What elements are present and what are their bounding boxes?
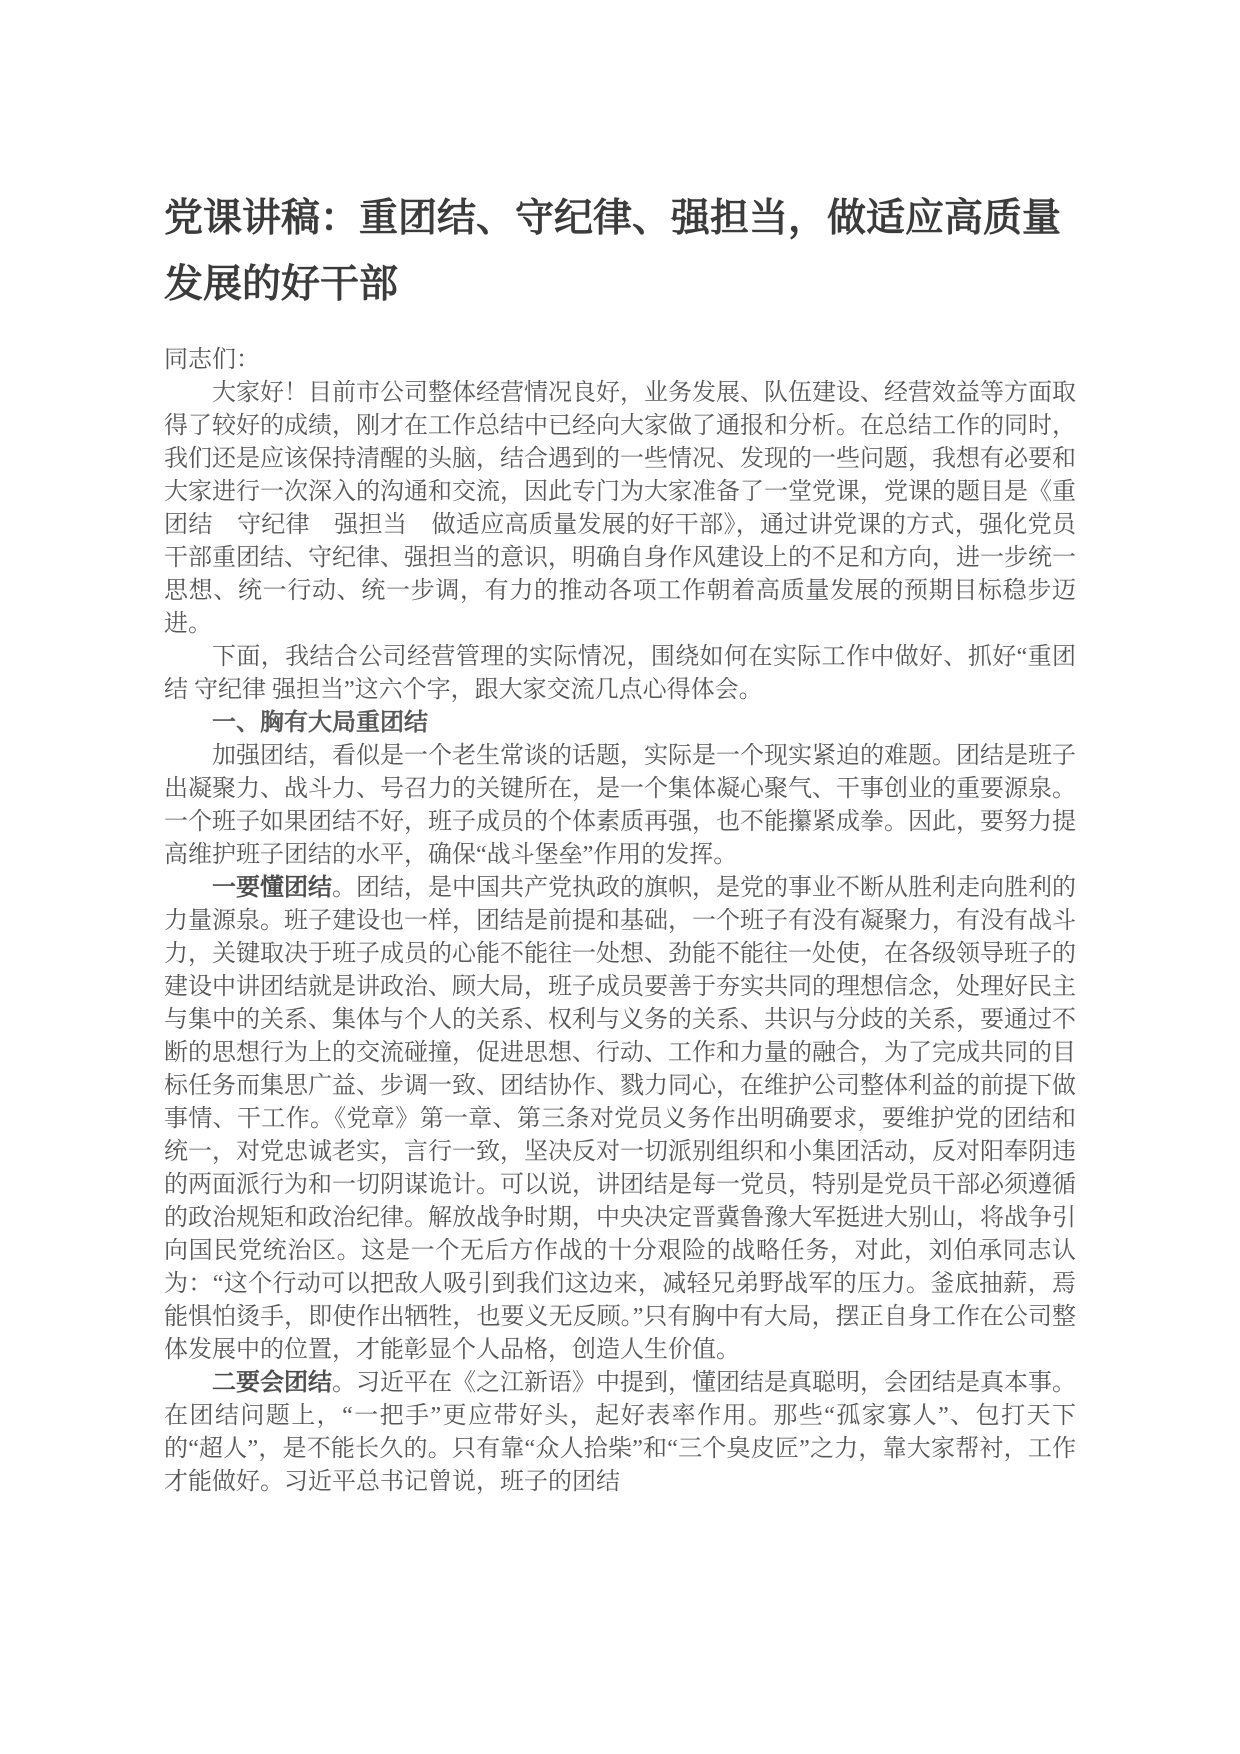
paragraph-section1-intro: 加强团结，看似是一个老生常谈的话题，实际是一个现实紧迫的难题。团结是班子出凝聚力… [164, 740, 1076, 872]
salutation: 同志们： [164, 344, 1076, 377]
document-body: 同志们： 大家好！目前市公司整体经营情况良好，业务发展、队伍建设、经营效益等方面… [164, 344, 1076, 1499]
paragraph-point-2-lead: 二要会团结 [212, 1370, 332, 1396]
paragraph-transition: 下面，我结合公司经营管理的实际情况，围绕如何在实际工作中做好、抓好“重团结 守纪… [164, 641, 1076, 707]
paragraph-point-1: 一要懂团结。团结，是中国共产党执政的旗帜，是党的事业不断从胜利走向胜利的力量源泉… [164, 872, 1076, 1367]
paragraph-point-1-text: 。团结，是中国共产党执政的旗帜，是党的事业不断从胜利走向胜利的力量源泉。班子建设… [164, 875, 1076, 1363]
document-page: 党课讲稿：重团结、守纪律、强担当，做适应高质量发展的好干部 同志们： 大家好！目… [0, 0, 1240, 1754]
section-heading-1: 一、胸有大局重团结 [164, 707, 1076, 740]
paragraph-point-1-lead: 一要懂团结 [212, 875, 332, 901]
document-title: 党课讲稿：重团结、守纪律、强担当，做适应高质量发展的好干部 [164, 186, 1076, 318]
paragraph-opening: 大家好！目前市公司整体经营情况良好，业务发展、队伍建设、经营效益等方面取得了较好… [164, 377, 1076, 641]
paragraph-point-2: 二要会团结。习近平在《之江新语》中提到，懂团结是真聪明，会团结是真本事。在团结问… [164, 1367, 1076, 1499]
